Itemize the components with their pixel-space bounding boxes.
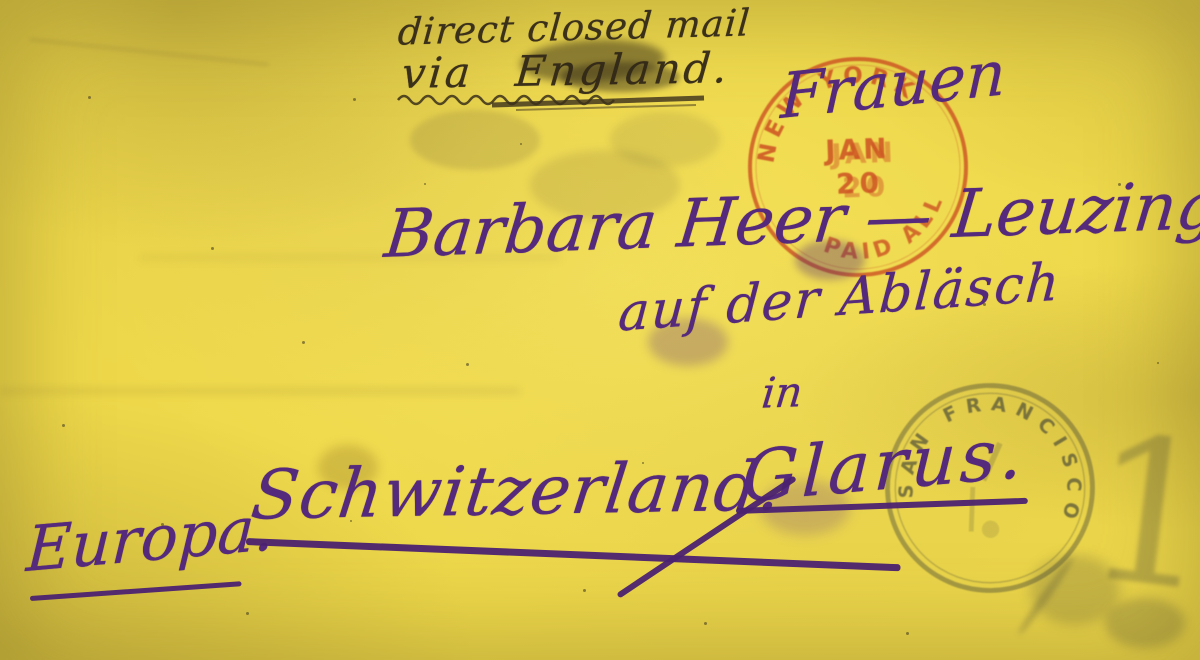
continent-underline xyxy=(30,581,242,601)
paper-speck xyxy=(906,632,909,635)
routing-note-underline xyxy=(396,84,716,114)
country-underline xyxy=(246,538,901,571)
crease-line xyxy=(0,388,520,394)
paper-speck xyxy=(246,612,249,615)
paper-speck xyxy=(302,341,305,344)
ink-smudge xyxy=(560,62,680,92)
paper-speck xyxy=(704,622,707,625)
ink-smudge xyxy=(610,112,720,167)
ink-smudge xyxy=(410,110,540,170)
crease-line xyxy=(30,38,269,66)
address-preposition: in xyxy=(759,367,805,418)
envelope: SAN FRANCISCO 1 NEW YORK PAID ALL JAN JA… xyxy=(0,0,1200,660)
paper-speck xyxy=(353,98,356,101)
paper-speck xyxy=(88,96,91,99)
paper-speck xyxy=(1157,362,1159,364)
address-continent: Europa. xyxy=(25,491,276,586)
address-country: Schwitzerland. xyxy=(247,447,786,535)
paper-speck xyxy=(211,247,214,250)
paper-speck xyxy=(466,363,469,366)
paper-speck xyxy=(62,424,65,427)
ny-postmark-month: JAN xyxy=(823,132,891,167)
paper-speck xyxy=(424,183,426,185)
paper-speck xyxy=(520,143,522,145)
address-title: Frauen xyxy=(779,36,1007,133)
paper-speck xyxy=(583,589,586,592)
